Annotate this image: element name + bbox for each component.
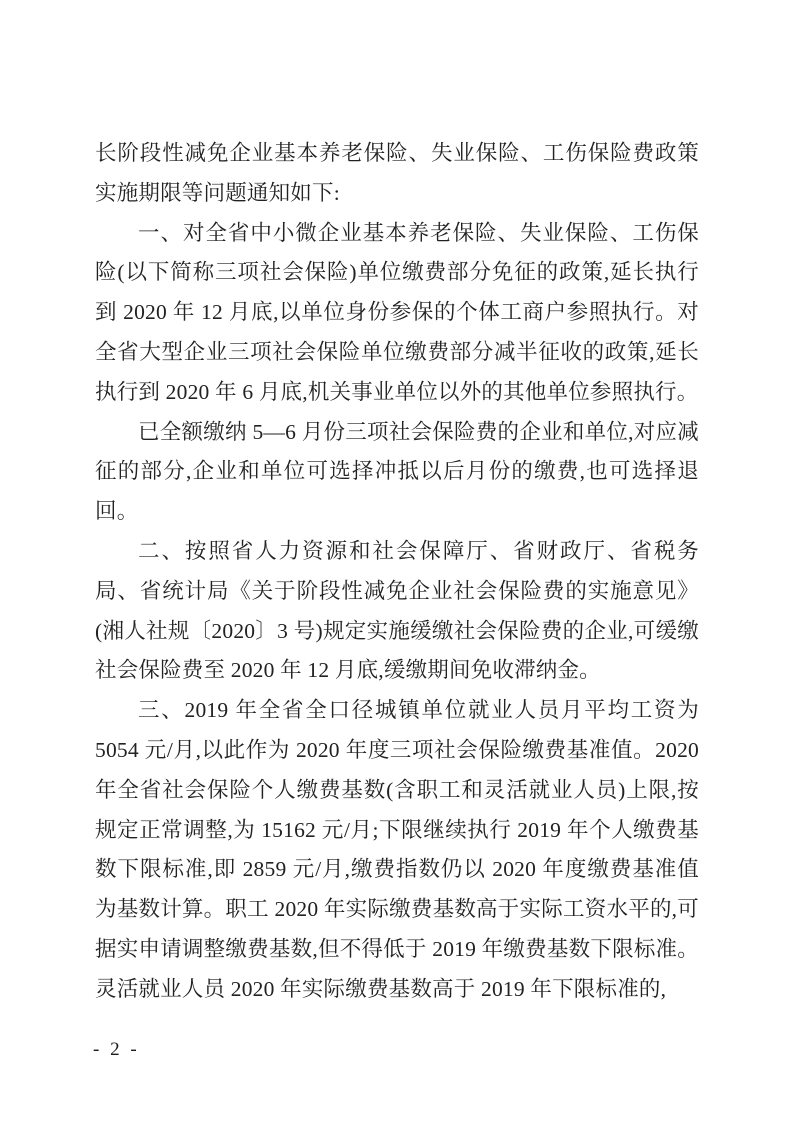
paragraph-continuation: 长阶段性减免企业基本养老保险、失业保险、工伤保险费政策实施期限等问题通知如下: xyxy=(95,134,699,214)
paragraph-item-one: 一、对全省中小微企业基本养老保险、失业保险、工伤保险(以下简称三项社会保险)单位… xyxy=(95,214,699,413)
document-page: 长阶段性减免企业基本养老保险、失业保险、工伤保险费政策实施期限等问题通知如下: … xyxy=(0,0,793,1122)
paragraph-item-one-supplement: 已全额缴纳 5—6 月份三项社会保险费的企业和单位,对应减征的部分,企业和单位可… xyxy=(95,413,699,532)
paragraph-item-two: 二、按照省人力资源和社会保障厅、省财政厅、省税务局、省统计局《关于阶段性减免企业… xyxy=(95,532,699,691)
document-body: 长阶段性减免企业基本养老保险、失业保险、工伤保险费政策实施期限等问题通知如下: … xyxy=(95,134,699,1010)
paragraph-item-three: 三、2019 年全省全口径城镇单位就业人员月平均工资为 5054 元/月,以此作… xyxy=(95,691,699,1009)
page-number: - 2 - xyxy=(93,1039,140,1061)
